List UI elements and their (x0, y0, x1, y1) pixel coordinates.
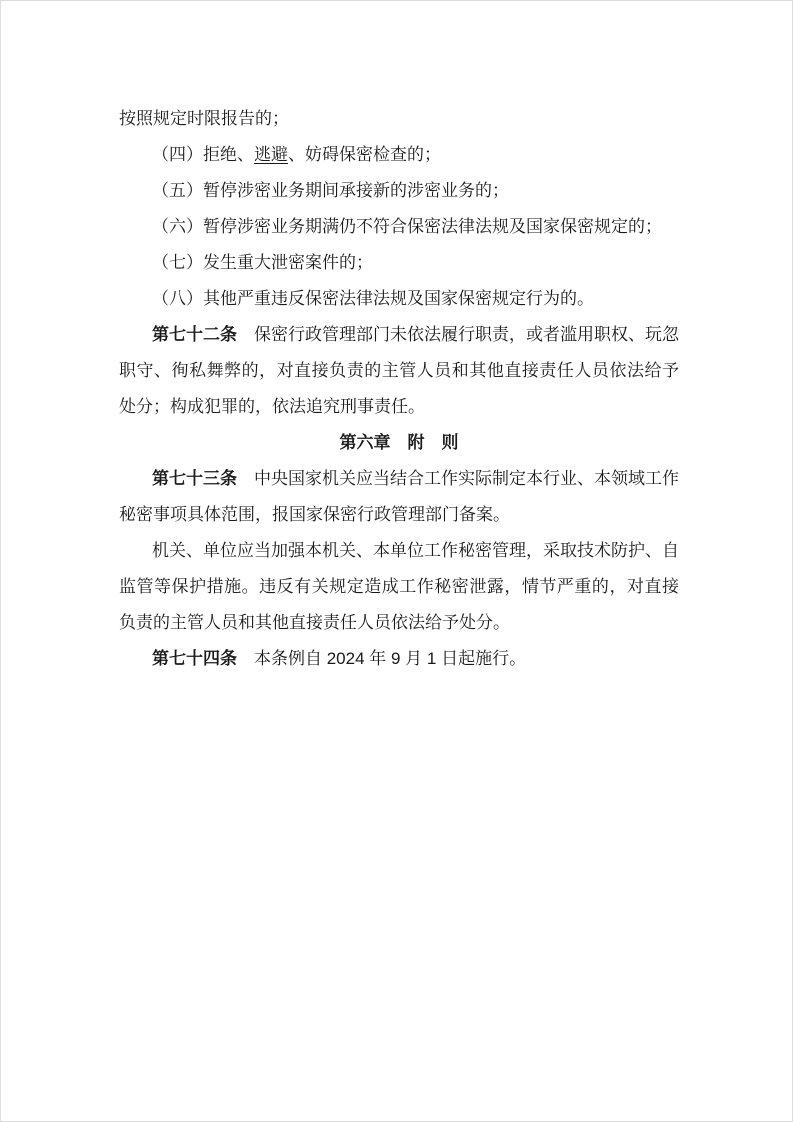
paragraph: 按照规定时限报告的； (119, 101, 679, 137)
paragraph: （四）拒绝、逃避、妨碍保密检查的； (119, 137, 679, 173)
article-number: 第七十四条 (152, 649, 237, 668)
text-run: （八）其他严重违反保密法律法规及国家保密规定行为的。 (152, 289, 594, 308)
text-run: 、妨碍保密检查的； (288, 145, 441, 164)
paragraph: （八）其他严重违反保密法律法规及国家保密规定行为的。 (119, 281, 679, 317)
underlined-text: 逃避 (254, 145, 288, 164)
article-number: 第七十三条 (152, 469, 237, 488)
text-run: 按照规定时限报告的； (119, 109, 289, 128)
paragraph: （六）暂停涉密业务期满仍不符合保密法律法规及国家保密规定的； (119, 209, 679, 245)
text-run: （七）发生重大泄密案件的； (152, 253, 373, 272)
paragraph: 机关、单位应当加强本机关、本单位工作秘密管理，采取技术防护、自监管等保护措施。违… (119, 533, 679, 641)
text-run: 机关、单位应当加强本机关、本单位工作秘密管理，采取技术防护、自监管等保护措施。违… (119, 541, 679, 632)
chapter-heading: 第六章 附 则 (119, 425, 679, 461)
paragraph: （七）发生重大泄密案件的； (119, 245, 679, 281)
paragraph: 第七十三条 中央国家机关应当结合工作实际制定本行业、本领域工作秘密事项具体范围，… (119, 461, 679, 533)
document-page: 按照规定时限报告的；（四）拒绝、逃避、妨碍保密检查的；（五）暂停涉密业务期间承接… (0, 0, 793, 1122)
text-run: （四）拒绝、 (152, 145, 254, 164)
text-run: （六）暂停涉密业务期满仍不符合保密法律法规及国家保密规定的； (152, 217, 662, 236)
paragraph: （五）暂停涉密业务期间承接新的涉密业务的； (119, 173, 679, 209)
text-run: （五）暂停涉密业务期间承接新的涉密业务的； (152, 181, 509, 200)
paragraph: 第七十四条 本条例自 2024 年 9 月 1 日起施行。 (119, 641, 679, 677)
text-run: 本条例自 2024 年 9 月 1 日起施行。 (237, 649, 526, 668)
article-number: 第六章 附 则 (340, 433, 459, 452)
document-body: 按照规定时限报告的；（四）拒绝、逃避、妨碍保密检查的；（五）暂停涉密业务期间承接… (119, 101, 679, 677)
paragraph: 第七十二条 保密行政管理部门未依法履行职责，或者滥用职权、玩忽职守、徇私舞弊的，… (119, 317, 679, 425)
article-number: 第七十二条 (152, 325, 237, 344)
